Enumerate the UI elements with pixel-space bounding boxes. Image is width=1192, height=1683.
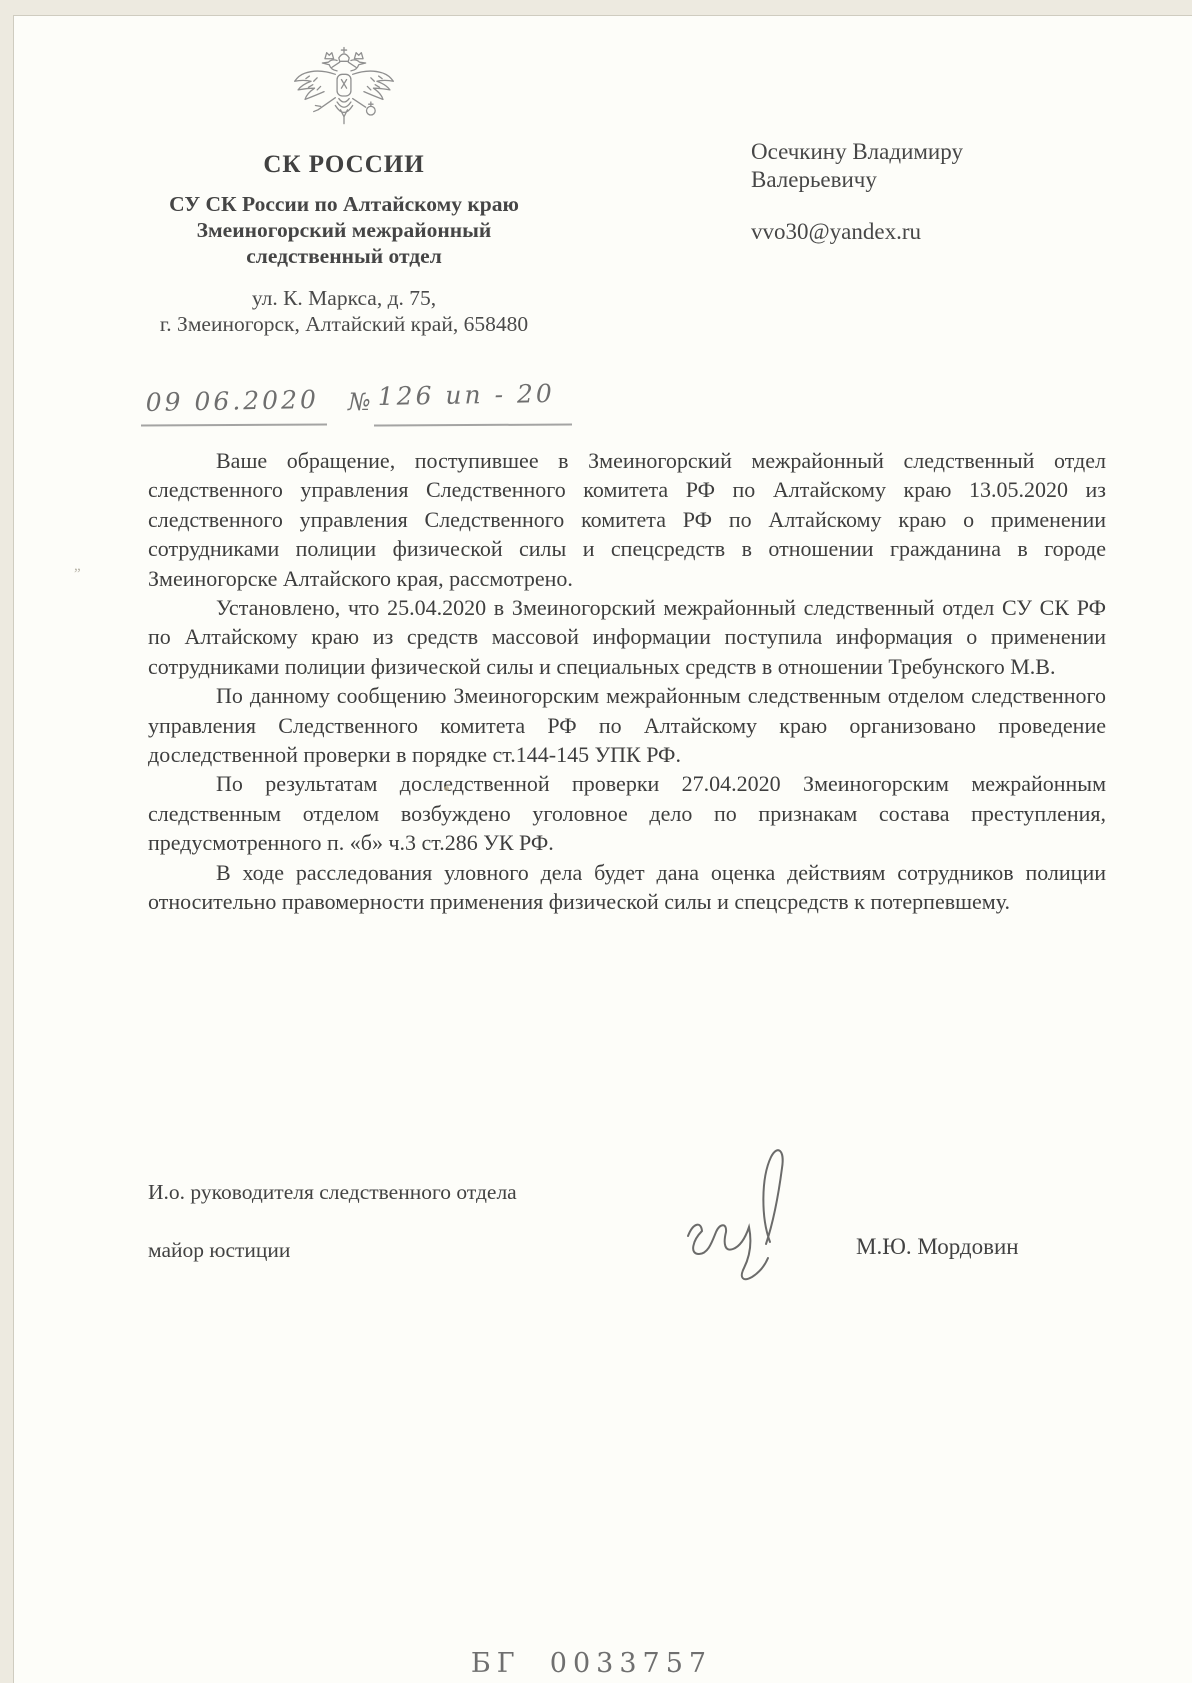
body-paragraph: В ходе расследования уловного дела будет… <box>148 858 1106 917</box>
recipient-name-line: Осечкину Владимиру <box>751 138 1081 166</box>
body-paragraph: По результатам доследственной проверки 2… <box>148 769 1106 857</box>
signature-icon <box>674 1136 804 1316</box>
org-address-block: ул. К. Маркса, д. 75, г. Змеиногорск, Ал… <box>134 285 554 337</box>
coat-of-arms-icon <box>292 44 396 141</box>
body-paragraph: Установлено, что 25.04.2020 в Змеиногорс… <box>148 593 1106 681</box>
org-name-line: Змеиногорский межрайонный <box>134 217 554 243</box>
signer-name: М.Ю. Мордовин <box>856 1234 1019 1260</box>
org-address-line: г. Змеиногорск, Алтайский край, 658480 <box>134 311 554 337</box>
recipient-email: vvo30@yandex.ru <box>751 218 1081 246</box>
date-underline <box>141 424 327 427</box>
scanned-letter-page: СК РОССИИ СУ СК России по Алтайскому кра… <box>0 0 1192 1683</box>
letter-body: Ваше обращение, поступившее в Змеиногорс… <box>148 446 1106 917</box>
org-title: СК РОССИИ <box>134 151 554 179</box>
letterhead: СК РОССИИ СУ СК России по Алтайскому кра… <box>134 44 554 337</box>
recipient-block: Осечкину Владимиру Валерьевичу vvo30@yan… <box>751 138 1081 246</box>
org-name-line: СУ СК России по Алтайскому краю <box>134 191 554 217</box>
signer-rank: майор юстиции <box>148 1238 290 1263</box>
paper-sheet: СК РОССИИ СУ СК России по Алтайскому кра… <box>13 15 1192 1683</box>
number-sign: № <box>348 388 374 416</box>
recipient-name-line: Валерьевичу <box>751 166 1081 194</box>
org-name-line: следственный отдел <box>134 243 554 269</box>
handwritten-date: 09 06.2020 <box>145 385 319 417</box>
org-name-block: СУ СК России по Алтайскому краю Змеиного… <box>134 191 554 269</box>
form-number: БГ 0033757 <box>14 1648 1192 1679</box>
signer-position: И.о. руководителя следственного отдела <box>148 1180 517 1205</box>
number-underline <box>374 423 572 426</box>
handwritten-outgoing-number: 126 ип - 20 <box>377 379 555 411</box>
scan-artifact <box>444 786 449 791</box>
scan-artifact: ” <box>74 566 81 583</box>
body-paragraph: По данному сообщению Змеиногорским межра… <box>148 681 1106 769</box>
body-paragraph: Ваше обращение, поступившее в Змеиногорс… <box>148 446 1106 593</box>
org-address-line: ул. К. Маркса, д. 75, <box>134 285 554 311</box>
